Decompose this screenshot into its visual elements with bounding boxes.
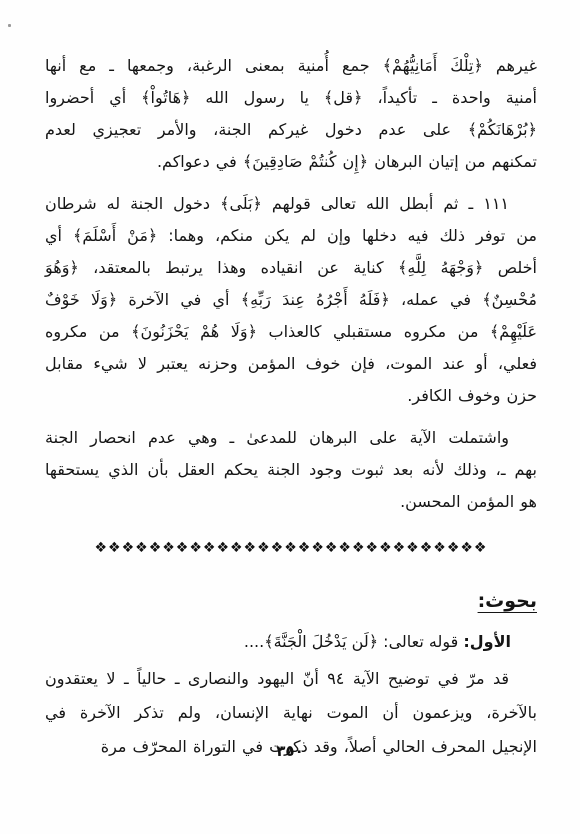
section-heading: بحوث:	[45, 586, 537, 616]
section-heading-text: بحوث:	[478, 590, 537, 612]
text-line: مُحْسِنٌ﴾ في عمله، ﴿فَلَهُ أَجْرُهُ عِند…	[45, 284, 537, 316]
text-line: بهم ـ، وذلك لأنه بعد ثبوت وجود الجنة يحك…	[45, 454, 537, 486]
topic-label: الأول:	[463, 632, 511, 651]
text-line: ١١١ ـ ثم أبطل الله تعالى قولهم ﴿بَلَى﴾ د…	[45, 188, 537, 220]
paragraph-1: غيرهم ﴿تِلْكَ أَمَانِيُّهُمْ﴾ جمع أُمنية…	[45, 50, 537, 178]
text-line: واشتملت الآية على البرهان للمدعىٰ ـ وهي …	[45, 422, 537, 454]
text-line: هو المؤمن المحسن.	[45, 486, 537, 518]
page-number: ٣٥٠	[0, 742, 580, 760]
topic-quote: قوله تعالى: ﴿لَن يَدْخُلَ الْجَنَّةَ﴾...…	[244, 632, 464, 651]
scan-speck	[8, 24, 11, 27]
body-text: غيرهم ﴿تِلْكَ أَمَانِيُّهُمْ﴾ جمع أُمنية…	[45, 50, 537, 774]
text-line: ﴿بُرْهَانَكُمْ﴾ على عدم دخول غيركم الجنة…	[45, 114, 537, 146]
book-page: غيرهم ﴿تِلْكَ أَمَانِيُّهُمْ﴾ جمع أُمنية…	[0, 0, 580, 834]
text-line: تمكنهم من إتيان البرهان ﴿إِن كُنتُمْ صَا…	[45, 146, 537, 178]
text-line: فعلي، أو عند الموت، فإن خوف المؤمن وحزنه…	[45, 348, 537, 380]
topic-first-line: الأول: قوله تعالى: ﴿لَن يَدْخُلَ الْجَنَ…	[45, 626, 537, 658]
text-line: قد مرّ في توضيح الآية ٩٤ أنّ اليهود والن…	[45, 662, 537, 696]
text-line: أخلص ﴿وَجْهَهُ لِلَّهِ﴾ كناية عن انقياده…	[45, 252, 537, 284]
paragraph-3: واشتملت الآية على البرهان للمدعىٰ ـ وهي …	[45, 422, 537, 518]
text-line: من توفر ذلك فيه دخلها وإن لم يكن منكم، و…	[45, 220, 537, 252]
text-line: عَلَيْهِمْ﴾ من مكروه مستقبلي كالعذاب ﴿وَ…	[45, 316, 537, 348]
text-line: أمنية واحدة ـ تأكيداً، ﴿قل﴾ يا رسول الله…	[45, 82, 537, 114]
text-line: غيرهم ﴿تِلْكَ أَمَانِيُّهُمْ﴾ جمع أُمنية…	[45, 50, 537, 82]
text-line: بالآخرة، ويزعمون أن الموت نهاية الإنسان،…	[45, 696, 537, 730]
ornamental-divider: ❖❖❖❖❖❖❖❖❖❖❖❖❖❖❖❖❖❖❖❖❖❖❖❖❖❖❖❖❖	[45, 532, 537, 564]
paragraph-2: ١١١ ـ ثم أبطل الله تعالى قولهم ﴿بَلَى﴾ د…	[45, 188, 537, 412]
text-line: حزن وخوف الكافر.	[45, 380, 537, 412]
